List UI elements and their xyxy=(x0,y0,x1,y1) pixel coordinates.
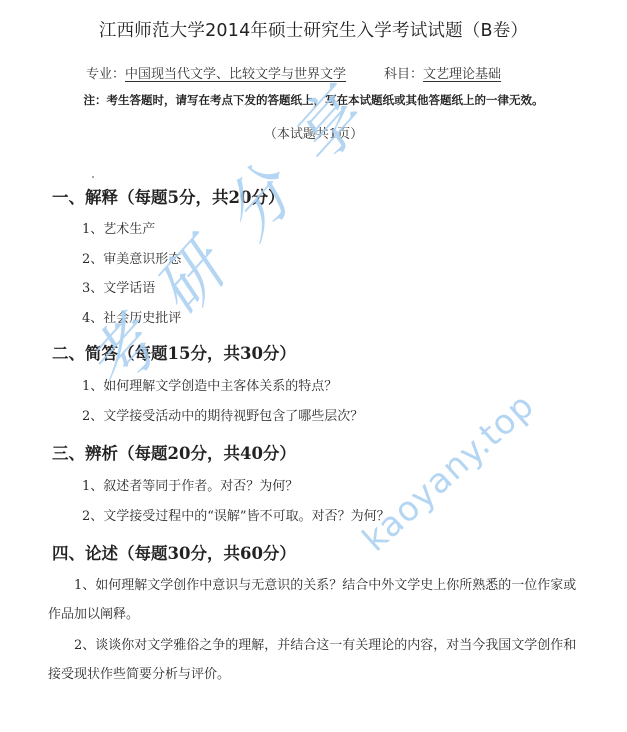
exam-page: 江西师范大学2014年硕士研究生入学考试试题（B卷） 专业：中国现当代文学、比较… xyxy=(0,0,627,732)
major-label: 专业： xyxy=(86,67,125,82)
question-1-3: 3、文学话语 xyxy=(82,277,155,296)
exam-title: 江西师范大学2014年硕士研究生入学考试试题（B卷） xyxy=(0,17,627,42)
watermark-url: kaoyany.top xyxy=(355,385,542,559)
question-1-4: 4、社会历史批评 xyxy=(82,307,181,326)
question-1-2: 2、审美意识形态 xyxy=(82,248,181,267)
exam-meta-line: 专业：中国现当代文学、比较文学与世界文学科目：文艺理论基础 xyxy=(86,63,501,82)
subject-value: 文艺理论基础 xyxy=(423,67,501,82)
page-count: （本试题共1页） xyxy=(0,123,627,142)
section-heading-2: 二、简答（每题15分，共30分） xyxy=(52,340,296,364)
major-value: 中国现当代文学、比较文学与世界文学 xyxy=(125,67,346,82)
question-2-2: 2、文学接受活动中的期待视野包含了哪些层次？ xyxy=(82,405,363,424)
section-heading-3: 三、辨析（每题20分，共40分） xyxy=(52,440,296,464)
question-2-1: 1、如何理解文学创造中主客体关系的特点？ xyxy=(82,375,337,394)
section-heading-1: 一、解释（每题5分，共20分） xyxy=(52,184,284,208)
question-4-2: 2、谈谈你对文学雅俗之争的理解，并结合这一有关理论的内容，对当今我国文学创作和接… xyxy=(48,631,583,689)
question-3-2: 2、文学接受过程中的“误解”皆不可取。对否？为何？ xyxy=(82,505,390,524)
subject-label: 科目： xyxy=(384,67,423,82)
question-4-1: 1、如何理解文学创作中意识与无意识的关系？结合中外文学史上你所熟悉的一位作家或作… xyxy=(48,571,583,629)
section-heading-4: 四、论述（每题30分，共60分） xyxy=(52,540,296,564)
exam-note: 注：考生答题时，请写在考点下发的答题纸上，写在本试题纸或其他答题纸上的一律无效。 xyxy=(0,92,627,108)
scan-speck xyxy=(92,176,94,178)
question-3-1: 1、叙述者等同于作者。对否？为何？ xyxy=(82,475,298,494)
question-1-1: 1、艺术生产 xyxy=(82,218,155,237)
